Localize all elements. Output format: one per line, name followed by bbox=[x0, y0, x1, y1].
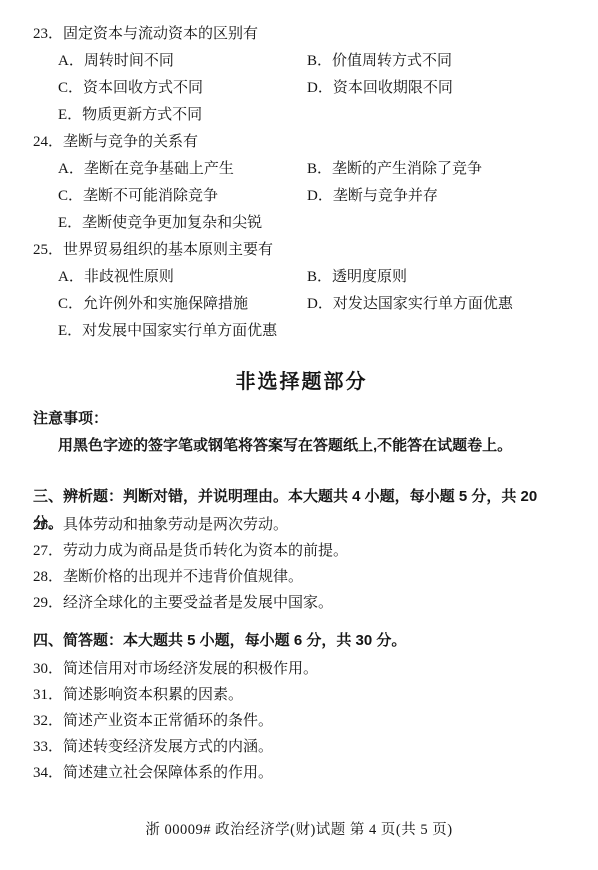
option-c: C．资本回收方式不同 bbox=[58, 76, 307, 97]
item-number: 29． bbox=[33, 591, 63, 612]
question-text: 世界贸易组织的基本原则主要有 bbox=[63, 238, 273, 259]
option-label: B． bbox=[307, 265, 332, 286]
option-label: E． bbox=[58, 103, 82, 124]
item-32: 32．简述产业资本正常循环的条件。 bbox=[33, 706, 570, 732]
option-text: 垄断不可能消除竞争 bbox=[83, 184, 218, 205]
option-text: 垄断使竞争更加复杂和尖锐 bbox=[82, 211, 262, 232]
item-number: 26． bbox=[33, 513, 63, 534]
option-row: C．资本回收方式不同 D．资本回收期限不同 bbox=[33, 73, 570, 100]
question-number: 23． bbox=[33, 22, 63, 43]
option-label: A． bbox=[58, 49, 84, 70]
item-text: 简述转变经济发展方式的内涵。 bbox=[63, 735, 273, 756]
option-row: A．周转时间不同 B．价值周转方式不同 bbox=[33, 46, 570, 73]
item-text: 经济全球化的主要受益者是发展中国家。 bbox=[63, 591, 333, 612]
option-label: D． bbox=[307, 76, 333, 97]
option-label: C． bbox=[58, 184, 83, 205]
nonchoice-section-title: 非选择题部分 bbox=[33, 367, 570, 397]
part3-heading: 三、辨析题：判断对错，并说明理由。本大题共 4 小题，每小题 5 分，共 20 … bbox=[33, 483, 570, 510]
item-34: 34．简述建立社会保障体系的作用。 bbox=[33, 758, 570, 784]
question-number: 24． bbox=[33, 130, 63, 151]
option-label: B． bbox=[307, 49, 332, 70]
item-text: 简述影响资本积累的因素。 bbox=[63, 683, 243, 704]
item-33: 33．简述转变经济发展方式的内涵。 bbox=[33, 732, 570, 758]
option-text: 垄断的产生消除了竞争 bbox=[332, 157, 482, 178]
item-31: 31．简述影响资本积累的因素。 bbox=[33, 680, 570, 706]
question-stem: 24．垄断与竞争的关系有 bbox=[33, 127, 570, 154]
option-row: A．非歧视性原则 B．透明度原则 bbox=[33, 262, 570, 289]
part4-heading: 四、简答题：本大题共 5 小题，每小题 6 分，共 30 分。 bbox=[33, 627, 570, 654]
option-label: C． bbox=[58, 76, 83, 97]
option-row: C．允许例外和实施保障措施 D．对发达国家实行单方面优惠 bbox=[33, 289, 570, 316]
option-b: B．透明度原则 bbox=[307, 265, 407, 286]
option-row: A．垄断在竞争基础上产生 B．垄断的产生消除了竞争 bbox=[33, 154, 570, 181]
option-b: B．垄断的产生消除了竞争 bbox=[307, 157, 482, 178]
option-text: 周转时间不同 bbox=[84, 49, 174, 70]
question-text: 固定资本与流动资本的区别有 bbox=[63, 22, 258, 43]
item-text: 劳动力成为商品是货币转化为资本的前提。 bbox=[63, 539, 348, 560]
option-label: B． bbox=[307, 157, 332, 178]
item-28: 28．垄断价格的出现并不违背价值规律。 bbox=[33, 562, 570, 588]
question-24: 24．垄断与竞争的关系有 A．垄断在竞争基础上产生 B．垄断的产生消除了竞争 C… bbox=[33, 127, 570, 235]
item-text: 垄断价格的出现并不违背价值规律。 bbox=[63, 565, 303, 586]
item-number: 28． bbox=[33, 565, 63, 586]
item-number: 31． bbox=[33, 683, 63, 704]
question-number: 25． bbox=[33, 238, 63, 259]
option-d: D．对发达国家实行单方面优惠 bbox=[307, 292, 513, 313]
question-stem: 25．世界贸易组织的基本原则主要有 bbox=[33, 235, 570, 262]
item-27: 27．劳动力成为商品是货币转化为资本的前提。 bbox=[33, 536, 570, 562]
option-row: E．物质更新方式不同 bbox=[33, 100, 570, 127]
option-label: D． bbox=[307, 292, 333, 313]
item-30: 30．简述信用对市场经济发展的积极作用。 bbox=[33, 654, 570, 680]
page-footer: 浙 00009# 政治经济学(财)试题 第 4 页(共 5 页) bbox=[0, 818, 598, 842]
item-26: 26．具体劳动和抽象劳动是两次劳动。 bbox=[33, 510, 570, 536]
item-number: 30． bbox=[33, 657, 63, 678]
option-text: 价值周转方式不同 bbox=[332, 49, 452, 70]
question-23: 23．固定资本与流动资本的区别有 A．周转时间不同 B．价值周转方式不同 C．资… bbox=[33, 19, 570, 127]
option-d: D．垄断与竞争并存 bbox=[307, 184, 438, 205]
option-e: E．垄断使竞争更加复杂和尖锐 bbox=[58, 211, 262, 232]
option-row: E．对发展中国家实行单方面优惠 bbox=[33, 316, 570, 343]
option-text: 透明度原则 bbox=[332, 265, 407, 286]
item-29: 29．经济全球化的主要受益者是发展中国家。 bbox=[33, 588, 570, 614]
option-e: E．物质更新方式不同 bbox=[58, 103, 202, 124]
option-row: E．垄断使竞争更加复杂和尖锐 bbox=[33, 208, 570, 235]
item-number: 32． bbox=[33, 709, 63, 730]
question-25: 25．世界贸易组织的基本原则主要有 A．非歧视性原则 B．透明度原则 C．允许例… bbox=[33, 235, 570, 343]
option-c: C．允许例外和实施保障措施 bbox=[58, 292, 307, 313]
option-text: 对发达国家实行单方面优惠 bbox=[333, 292, 513, 313]
item-text: 简述建立社会保障体系的作用。 bbox=[63, 761, 273, 782]
option-row: C．垄断不可能消除竞争 D．垄断与竞争并存 bbox=[33, 181, 570, 208]
option-c: C．垄断不可能消除竞争 bbox=[58, 184, 307, 205]
notice-title: 注意事项： bbox=[33, 405, 570, 432]
option-text: 垄断与竞争并存 bbox=[333, 184, 438, 205]
item-number: 33． bbox=[33, 735, 63, 756]
option-text: 资本回收期限不同 bbox=[333, 76, 453, 97]
item-text: 具体劳动和抽象劳动是两次劳动。 bbox=[63, 513, 288, 534]
option-a: A．非歧视性原则 bbox=[58, 265, 307, 286]
option-label: C． bbox=[58, 292, 83, 313]
item-number: 34． bbox=[33, 761, 63, 782]
option-text: 允许例外和实施保障措施 bbox=[83, 292, 248, 313]
option-text: 垄断在竞争基础上产生 bbox=[84, 157, 234, 178]
option-label: E． bbox=[58, 211, 82, 232]
option-label: A． bbox=[58, 157, 84, 178]
option-b: B．价值周转方式不同 bbox=[307, 49, 452, 70]
option-text: 对发展中国家实行单方面优惠 bbox=[82, 319, 277, 340]
item-number: 27． bbox=[33, 539, 63, 560]
notice-body: 用黑色字迹的签字笔或钢笔将答案写在答题纸上,不能答在试题卷上。 bbox=[33, 432, 570, 459]
option-text: 资本回收方式不同 bbox=[83, 76, 203, 97]
option-label: E． bbox=[58, 319, 82, 340]
option-label: D． bbox=[307, 184, 333, 205]
exam-page: 23．固定资本与流动资本的区别有 A．周转时间不同 B．价值周转方式不同 C．资… bbox=[0, 0, 598, 784]
question-stem: 23．固定资本与流动资本的区别有 bbox=[33, 19, 570, 46]
option-label: A． bbox=[58, 265, 84, 286]
item-text: 简述信用对市场经济发展的积极作用。 bbox=[63, 657, 318, 678]
option-d: D．资本回收期限不同 bbox=[307, 76, 453, 97]
option-a: A．垄断在竞争基础上产生 bbox=[58, 157, 307, 178]
option-a: A．周转时间不同 bbox=[58, 49, 307, 70]
option-e: E．对发展中国家实行单方面优惠 bbox=[58, 319, 277, 340]
item-text: 简述产业资本正常循环的条件。 bbox=[63, 709, 273, 730]
question-text: 垄断与竞争的关系有 bbox=[63, 130, 198, 151]
option-text: 物质更新方式不同 bbox=[82, 103, 202, 124]
option-text: 非歧视性原则 bbox=[84, 265, 174, 286]
